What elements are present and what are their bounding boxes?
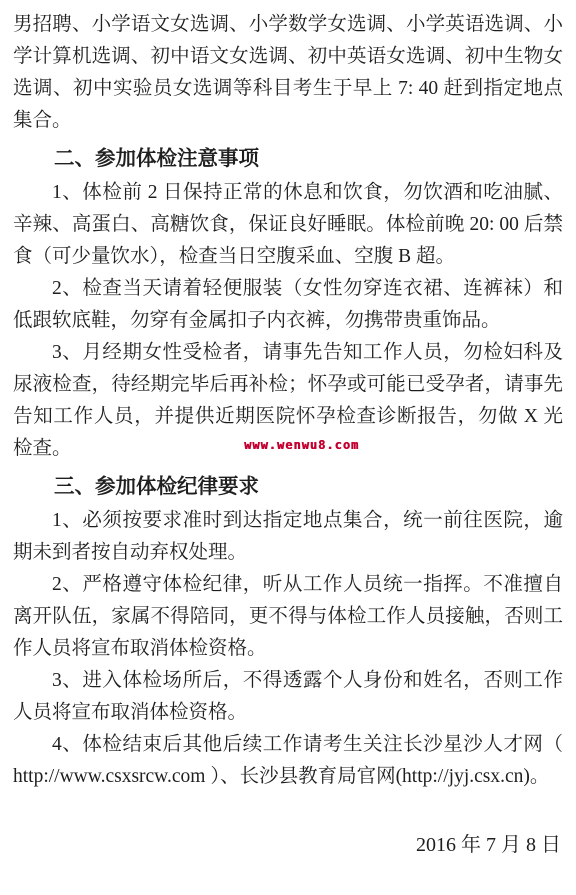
discipline-item-4: 4、体检结束后其他后续工作请考生关注长沙星沙人才网（ http://www.cs… (13, 729, 563, 793)
watermark-text: www.wenwu8.com (244, 436, 359, 454)
notice-document-page: 男招聘、小学语文女选调、小学数学女选调、小学英语选调、小学计算机选调、初中语文女… (0, 0, 576, 895)
discipline-item-1: 1、必须按要求准时到达指定地点集合，统一前往医院，逾期未到者按自动弃权处理。 (13, 505, 563, 569)
notice-item-1: 1、体检前 2 日保持正常的休息和饮食，勿饮酒和吃油腻、辛辣、高蛋白、高糖饮食，… (13, 177, 563, 273)
notice-item-2: 2、检查当天请着轻便服装（女性勿穿连衣裙、连裤袜）和低跟软底鞋，勿穿有金属扣子内… (13, 273, 563, 337)
intro-paragraph: 男招聘、小学语文女选调、小学数学女选调、小学英语选调、小学计算机选调、初中语文女… (13, 9, 563, 137)
section-notice-heading: 二、参加体检注意事项 (13, 142, 563, 174)
document-date: 2016 年 7 月 8 日 (13, 829, 563, 861)
discipline-item-2: 2、严格遵守体检纪律，听从工作人员统一指挥。不准擅自离开队伍，家属不得陪同，更不… (13, 569, 563, 665)
section-discipline-heading: 三、参加体检纪律要求 (13, 470, 563, 502)
discipline-item-3: 3、进入体检场所后，不得透露个人身份和姓名，否则工作人员将宣布取消体检资格。 (13, 665, 563, 729)
